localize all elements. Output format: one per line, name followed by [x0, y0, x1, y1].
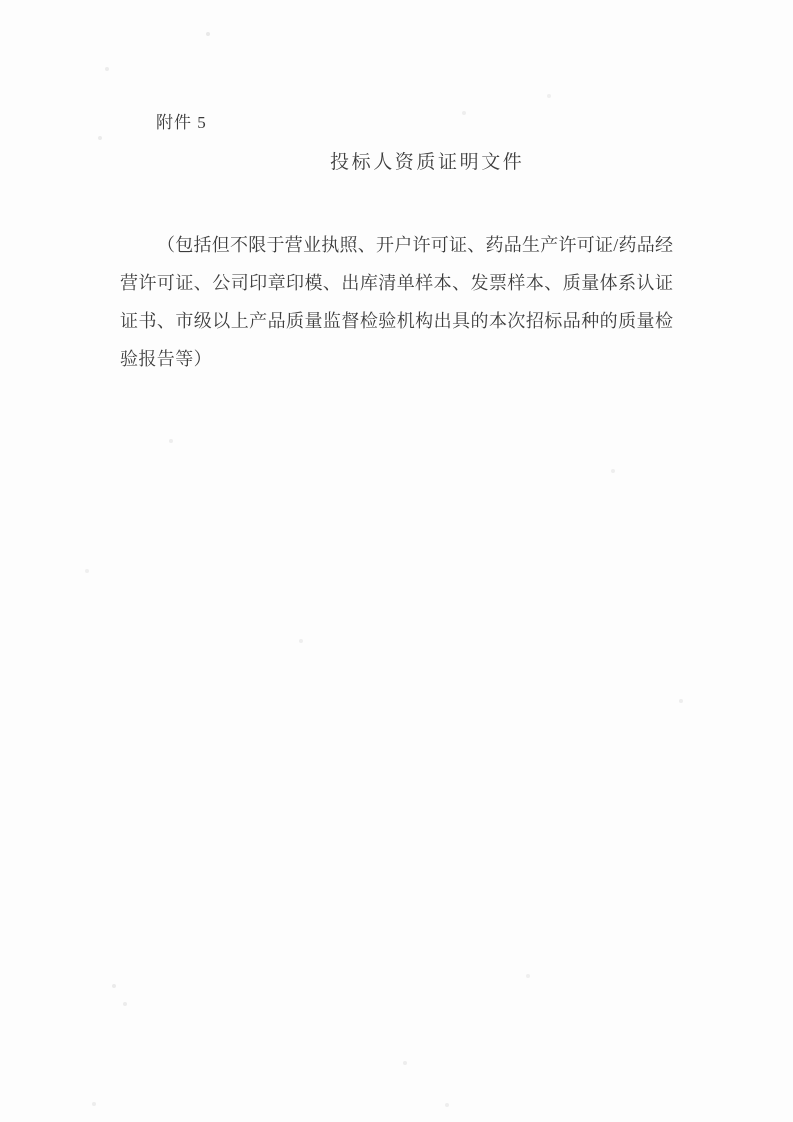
document-title: 投标人资质证明文件: [330, 151, 524, 174]
qualification-paragraph: （包括但不限于营业执照、开户许可证、药品生产许可证/药品经 营许可证、公司印章印…: [120, 226, 673, 378]
paragraph-line-1: （包括但不限于营业执照、开户许可证、药品生产许可证/药品经: [120, 226, 673, 264]
paragraph-line-2: 营许可证、公司印章印模、出库清单样本、发票样本、质量体系认证: [120, 264, 673, 302]
scan-noise-specks: [0, 0, 2, 2]
paragraph-line-4: 验报告等）: [120, 340, 673, 378]
attachment-label: 附件 5: [156, 112, 207, 133]
paragraph-line-3: 证书、市级以上产品质量监督检验机构出具的本次招标品种的质量检: [120, 302, 673, 340]
document-page: 附件 5 投标人资质证明文件 （包括但不限于营业执照、开户许可证、药品生产许可证…: [0, 0, 793, 1122]
